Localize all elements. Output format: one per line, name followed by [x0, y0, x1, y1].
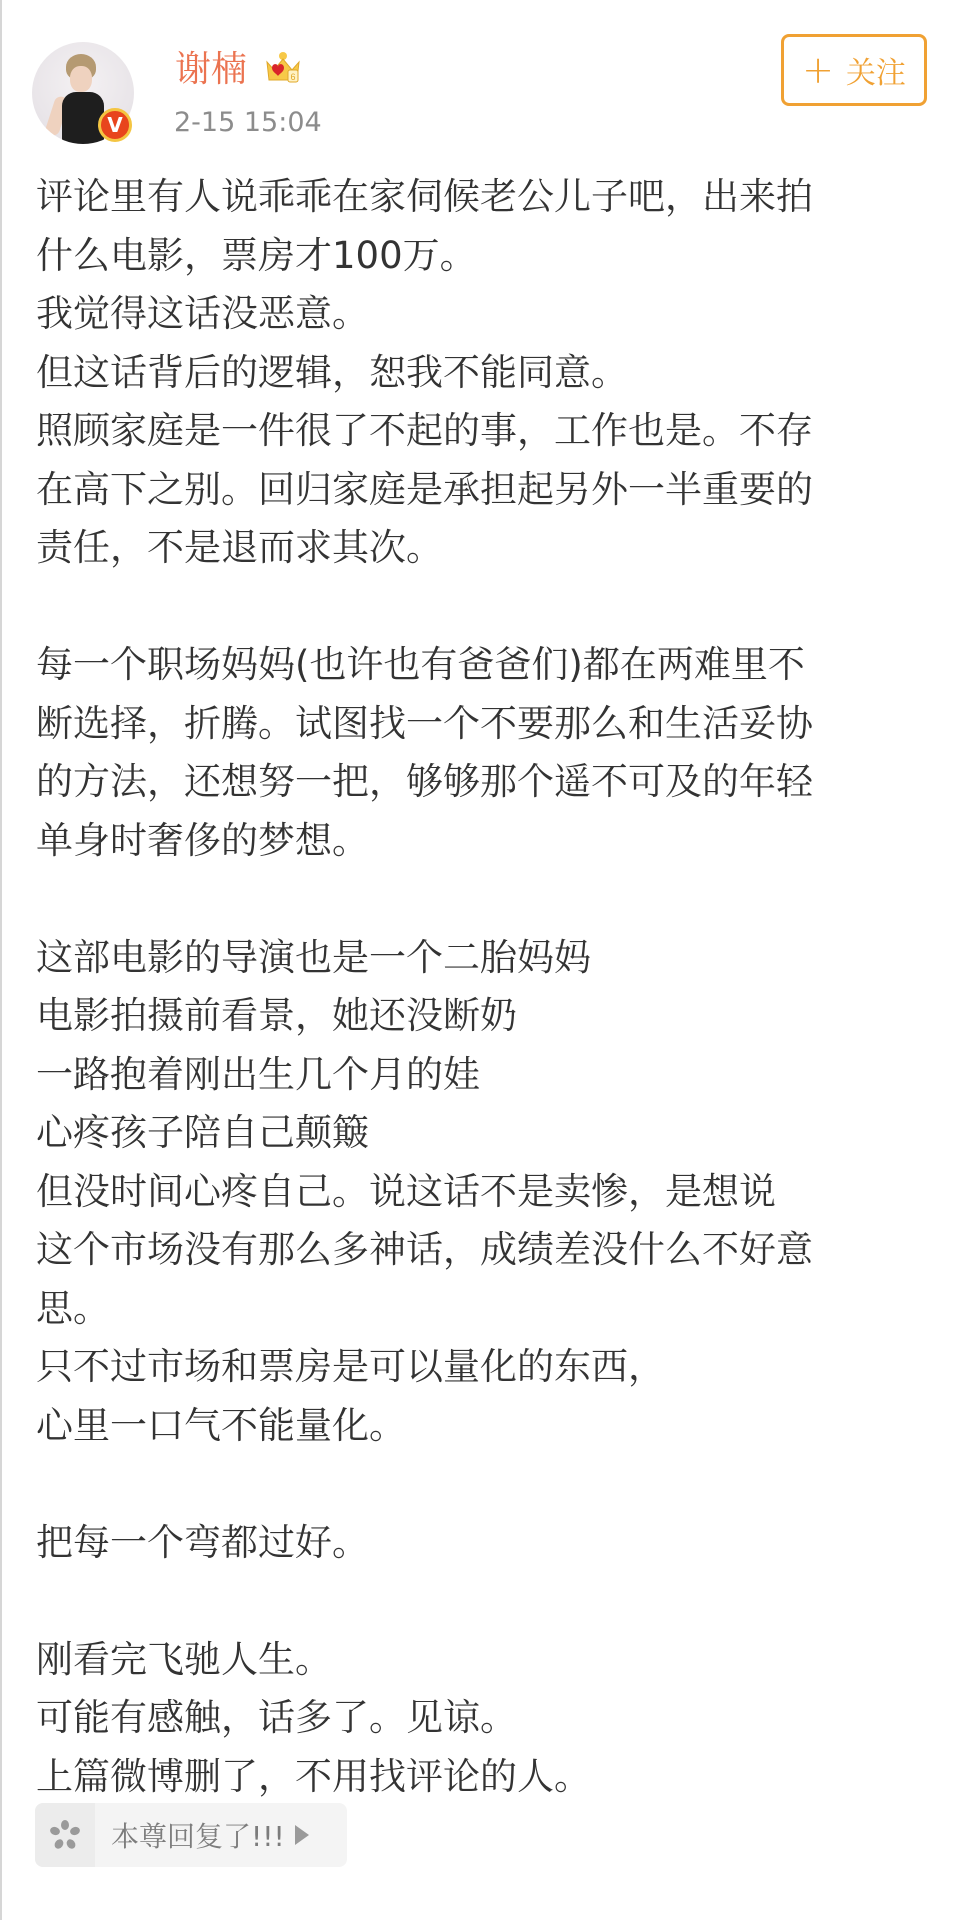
crown-level-icon: 6 [264, 50, 302, 86]
content-line: 心疼孩子陪自己颠簸 [36, 1104, 936, 1163]
post-header: V 谢楠 6 2-15 15:04 + 关注 [2, 0, 963, 150]
blank-line [36, 1455, 936, 1514]
content-line: 什么电影，票房才100万。 [36, 227, 936, 286]
content-line: 这个市场没有那么多神话，成绩差没什么不好意 [36, 1221, 936, 1280]
content-line: 电影拍摄前看景，她还没断奶 [36, 987, 936, 1046]
flower-icon [35, 1803, 95, 1867]
content-line: 刚看完飞驰人生。 [36, 1631, 936, 1690]
content-line: 只不过市场和票房是可以量化的东西， [36, 1338, 936, 1397]
content-line: 我觉得这话没恶意。 [36, 285, 936, 344]
source-tag-label: 本尊回复了!!! [111, 1815, 285, 1855]
plus-icon: + [802, 51, 834, 89]
follow-button[interactable]: + 关注 [781, 34, 927, 106]
blank-line [36, 1572, 936, 1631]
content-line: 但这话背后的逻辑，恕我不能同意。 [36, 344, 936, 403]
content-line: 但没时间心疼自己。说这话不是卖惨，是想说 [36, 1163, 936, 1222]
content-line: 思。 [36, 1280, 936, 1339]
content-line: 在高下之别。回归家庭是承担起另外一半重要的 [36, 461, 936, 520]
content-line: 一路抱着刚出生几个月的娃 [36, 1046, 936, 1105]
author-name[interactable]: 谢楠 [175, 48, 247, 92]
content-line: 断选择，折腾。试图找一个不要那么和生活妥协 [36, 695, 936, 754]
content-line: 上篇微博删了，不用找评论的人。 [36, 1748, 936, 1807]
blank-line [36, 870, 936, 929]
content-line: 每一个职场妈妈(也许也有爸爸们)都在两难里不 [36, 636, 936, 695]
play-arrow-icon [295, 1825, 309, 1845]
source-tag[interactable]: 本尊回复了!!! [35, 1803, 347, 1867]
content-line: 照顾家庭是一件很了不起的事，工作也是。不存 [36, 402, 936, 461]
content-line: 的方法，还想努一把，够够那个遥不可及的年轻 [36, 753, 936, 812]
post-content: 评论里有人说乖乖在家伺候老公儿子吧，出来拍什么电影，票房才100万。我觉得这话没… [36, 168, 936, 1806]
content-line: 心里一口气不能量化。 [36, 1397, 936, 1456]
verified-badge-icon: V [98, 108, 132, 142]
content-line: 责任，不是退而求其次。 [36, 519, 936, 578]
svg-text:6: 6 [290, 72, 295, 82]
content-line: 评论里有人说乖乖在家伺候老公儿子吧，出来拍 [36, 168, 936, 227]
content-line: 可能有感触，话多了。见谅。 [36, 1689, 936, 1748]
post-timestamp: 2-15 15:04 [174, 106, 322, 140]
content-line: 这部电影的导演也是一个二胎妈妈 [36, 929, 936, 988]
blank-line [36, 578, 936, 637]
follow-label: 关注 [846, 48, 906, 92]
content-line: 单身时奢侈的梦想。 [36, 812, 936, 871]
content-line: 把每一个弯都过好。 [36, 1514, 936, 1573]
